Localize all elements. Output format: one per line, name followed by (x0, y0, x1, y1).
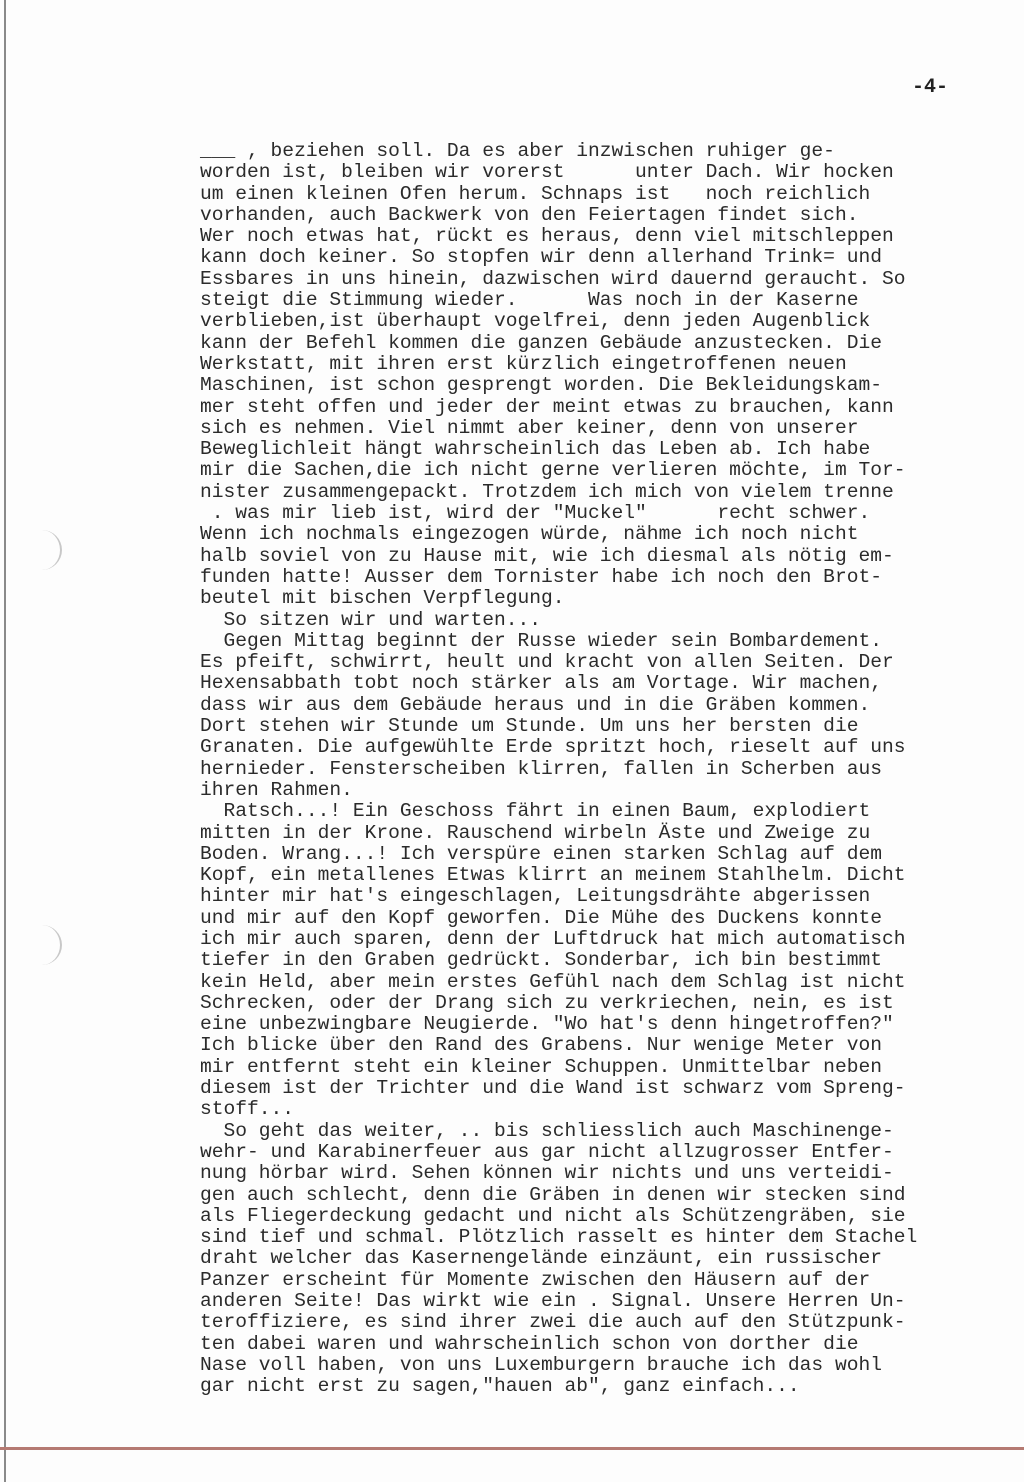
text-line: mer steht offen und jeder der meint etwa… (200, 397, 1000, 418)
text-line: funden hatte! Ausser dem Tornister habe … (200, 567, 1000, 588)
text-line: dass wir aus dem Gebäude heraus und in d… (200, 695, 1000, 716)
text-line: mir entfernt steht ein kleiner Schuppen.… (200, 1057, 1000, 1078)
punch-hole-mark-lower (30, 925, 62, 965)
text-line: als Fliegerdeckung gedacht und nicht als… (200, 1206, 1000, 1227)
text-line: Dort stehen wir Stunde um Stunde. Um uns… (200, 716, 1000, 737)
text-line: vorhanden, auch Backwerk von den Feierta… (200, 205, 1000, 226)
text-line: nung hörbar wird. Sehen können wir nicht… (200, 1163, 1000, 1184)
text-line: mir die Sachen,die ich nicht gerne verli… (200, 460, 1000, 481)
text-line: sich es nehmen. Viel nimmt aber keiner, … (200, 418, 1000, 439)
text-line: wehr- und Karabinerfeuer aus gar nicht a… (200, 1142, 1000, 1163)
text-line: ihren Rahmen. (200, 780, 1000, 801)
page-left-edge (4, 0, 6, 1482)
text-line: stoff... (200, 1099, 1000, 1120)
text-line: kein Held, aber mein erstes Gefühl nach … (200, 972, 1000, 993)
text-line: mitten in der Krone. Rauschend wirbeln Ä… (200, 823, 1000, 844)
text-line: Werkstatt, mit ihren erst kürzlich einge… (200, 354, 1000, 375)
text-line: halb soviel von zu Hause mit, wie ich di… (200, 546, 1000, 567)
text-line: Ich blicke über den Rand des Grabens. Nu… (200, 1035, 1000, 1056)
text-line: anderen Seite! Das wirkt wie ein . Signa… (200, 1291, 1000, 1312)
text-line: worden ist, bleiben wir vorerst unter Da… (200, 162, 1000, 183)
text-line: sind tief und schmal. Plötzlich rasselt … (200, 1227, 1000, 1248)
text-line: Essbares in uns hinein, dazwischen wird … (200, 269, 1000, 290)
text-line: ich mir auch sparen, denn der Luftdruck … (200, 929, 1000, 950)
text-line: draht welcher das Kasernengelände einzäu… (200, 1248, 1000, 1269)
bottom-edge-rule (0, 1447, 1024, 1450)
scanned-page: -4- ___ , beziehen soll. Da es aber inzw… (0, 0, 1024, 1482)
text-line: ten dabei waren und wahrscheinlich schon… (200, 1334, 1000, 1355)
text-line: gar nicht erst zu sagen,"hauen ab", ganz… (200, 1376, 1000, 1397)
text-line: Ratsch...! Ein Geschoss fährt in einen B… (200, 801, 1000, 822)
text-line: Boden. Wrang...! Ich verspüre einen star… (200, 844, 1000, 865)
text-line: und mir auf den Kopf geworfen. Die Mühe … (200, 908, 1000, 929)
text-line: Panzer erscheint für Momente zwischen de… (200, 1270, 1000, 1291)
text-line: So geht das weiter, .. bis schliesslich … (200, 1121, 1000, 1142)
text-line: Es pfeift, schwirrt, heult und kracht vo… (200, 652, 1000, 673)
typewritten-body-text: ___ , beziehen soll. Da es aber inzwisch… (200, 141, 1000, 1398)
text-line: Wer noch etwas hat, rückt es heraus, den… (200, 226, 1000, 247)
text-line: um einen kleinen Ofen herum. Schnaps ist… (200, 184, 1000, 205)
text-line: nister zusammengepackt. Trotzdem ich mic… (200, 482, 1000, 503)
text-line: Beweglichleit hängt wahrscheinlich das L… (200, 439, 1000, 460)
text-line: verblieben,ist überhaupt vogelfrei, denn… (200, 311, 1000, 332)
text-line: hernieder. Fensterscheiben klirren, fall… (200, 759, 1000, 780)
text-line: teroffiziere, es sind ihrer zwei die auc… (200, 1312, 1000, 1333)
text-line: diesem ist der Trichter und die Wand ist… (200, 1078, 1000, 1099)
text-line: beutel mit bischen Verpflegung. (200, 588, 1000, 609)
punch-hole-mark-upper (30, 530, 62, 570)
page-number: -4- (912, 76, 948, 99)
text-line: Granaten. Die aufgewühlte Erde spritzt h… (200, 737, 1000, 758)
text-line: steigt die Stimmung wieder. Was noch in … (200, 290, 1000, 311)
text-line: Nase voll haben, von uns Luxemburgern br… (200, 1355, 1000, 1376)
text-line: hinter mir hat's eingeschlagen, Leitungs… (200, 886, 1000, 907)
text-line: kann doch keiner. So stopfen wir denn al… (200, 247, 1000, 268)
text-line: ___ , beziehen soll. Da es aber inzwisch… (200, 141, 1000, 162)
text-line: tiefer in den Graben gedrückt. Sonderbar… (200, 950, 1000, 971)
text-line: Gegen Mittag beginnt der Russe wieder se… (200, 631, 1000, 652)
text-line: Maschinen, ist schon gesprengt worden. D… (200, 375, 1000, 396)
text-line: gen auch schlecht, denn die Gräben in de… (200, 1185, 1000, 1206)
text-line: kann der Befehl kommen die ganzen Gebäud… (200, 333, 1000, 354)
text-line: . was mir lieb ist, wird der "Muckel" re… (200, 503, 1000, 524)
text-line: eine unbezwingbare Neugierde. "Wo hat's … (200, 1014, 1000, 1035)
text-line: Schrecken, oder der Drang sich zu verkri… (200, 993, 1000, 1014)
text-line: Wenn ich nochmals eingezogen würde, nähm… (200, 524, 1000, 545)
text-line: Hexensabbath tobt noch stärker als am Vo… (200, 673, 1000, 694)
text-line: Kopf, ein metallenes Etwas klirrt an mei… (200, 865, 1000, 886)
text-line: So sitzen wir und warten... (200, 610, 1000, 631)
